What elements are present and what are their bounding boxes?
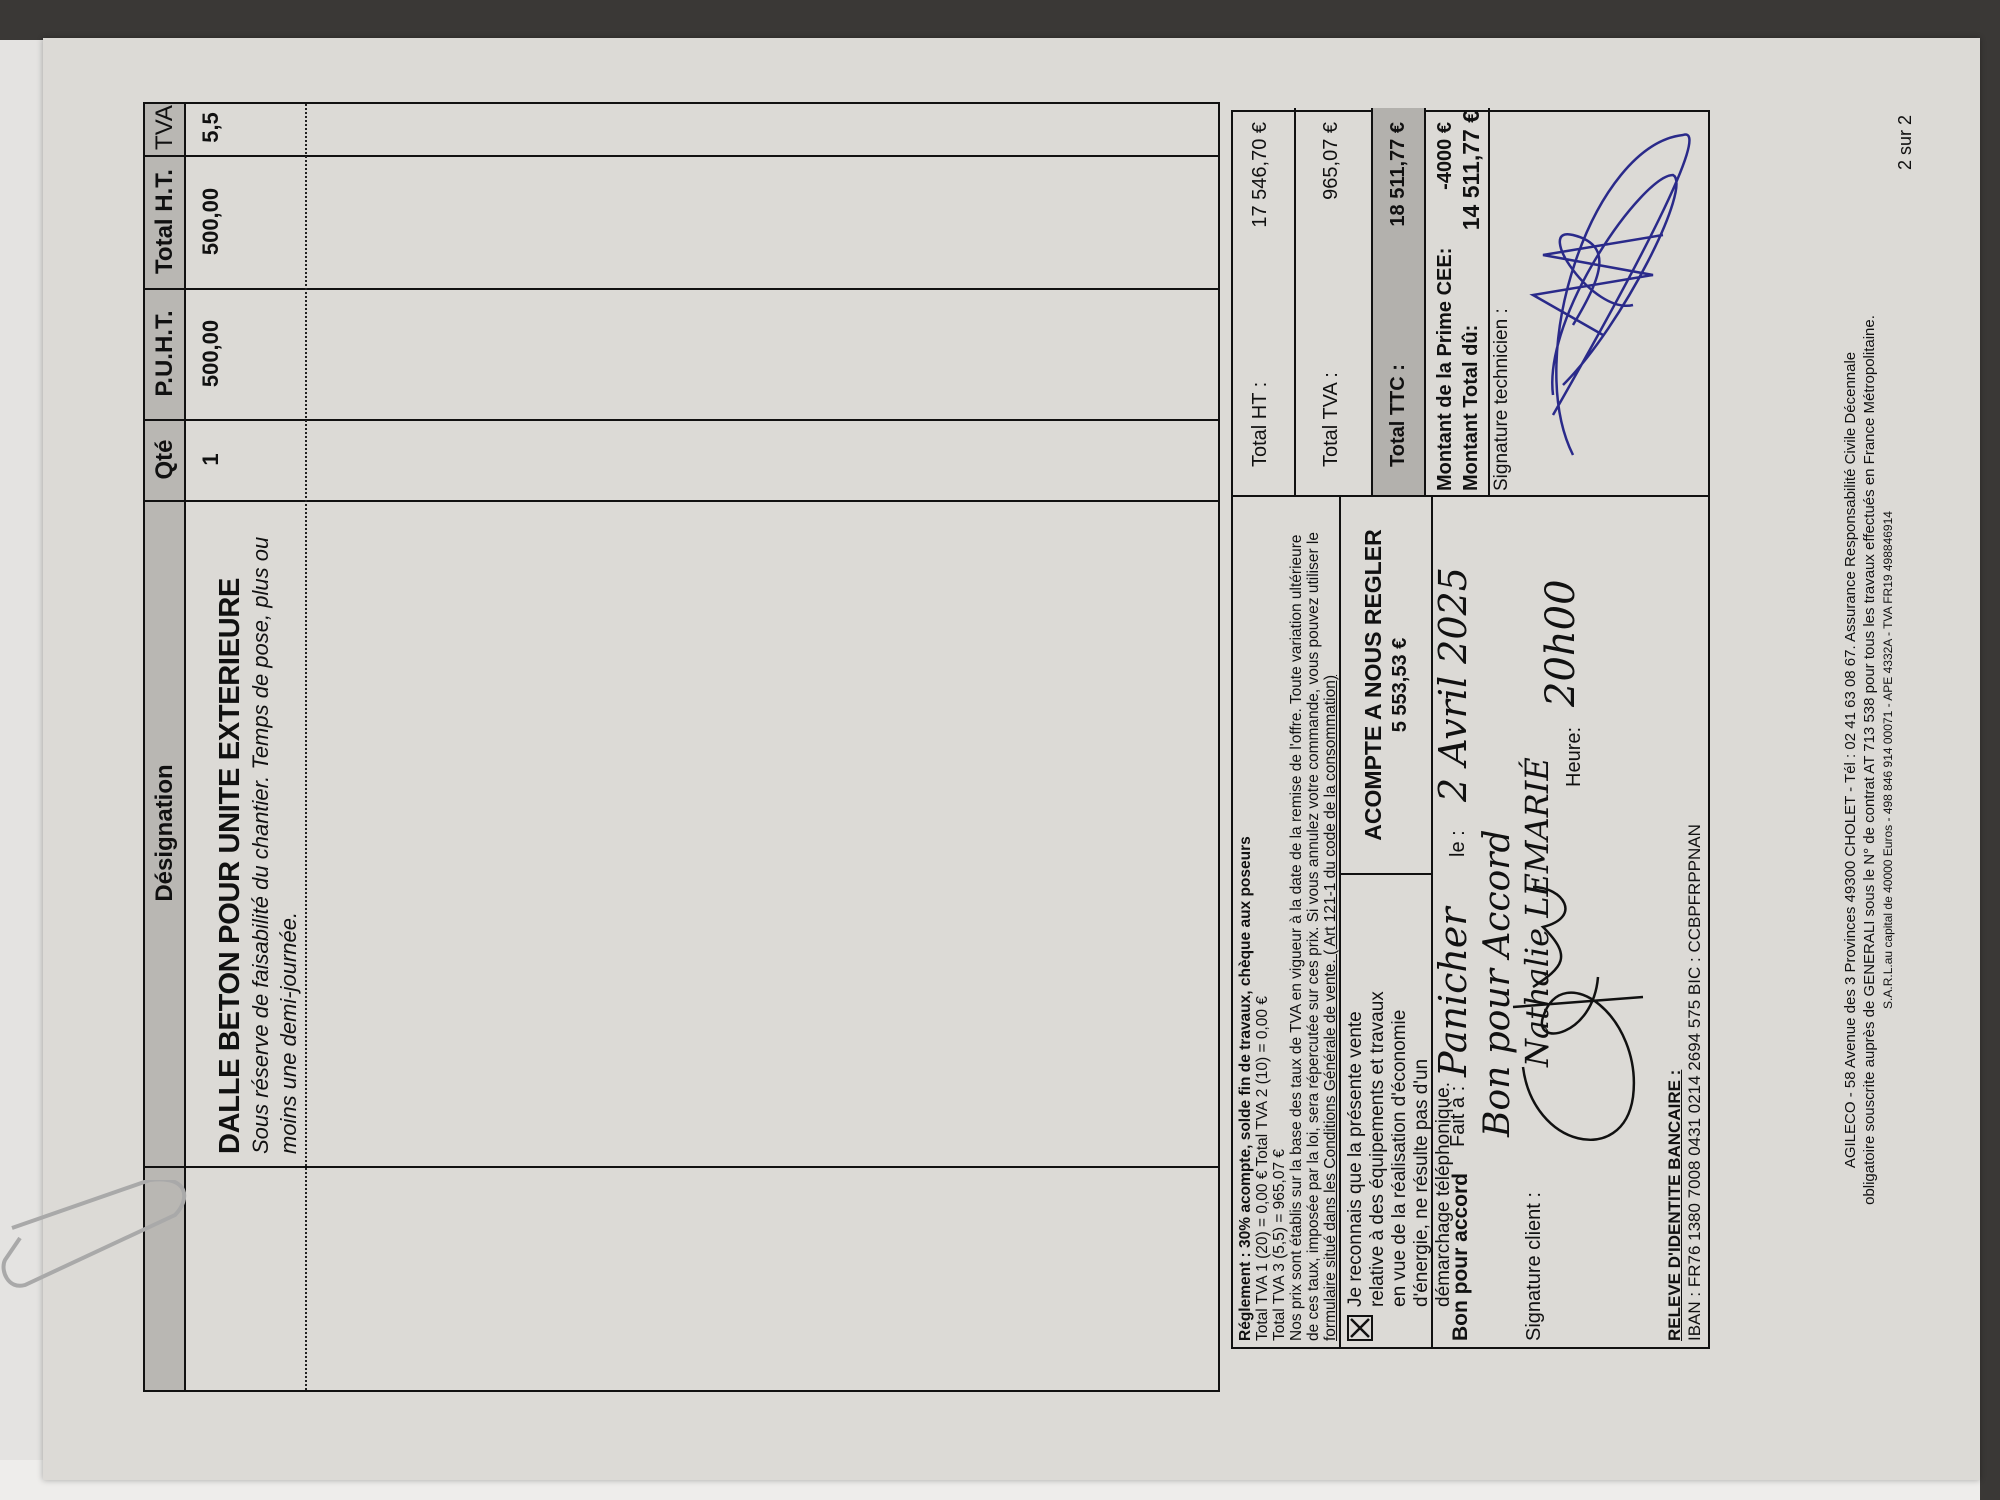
payment-note-line1: Nos prix sont établis sur la base des ta…: [1288, 501, 1305, 1341]
item-designation: DALLE BETON POUR UNITE EXTERIEURE Sous r…: [214, 514, 303, 1154]
footer-line2: obligatoire souscrite auprès de GENERALI…: [1860, 160, 1879, 1360]
item-unit-price: 500,00: [198, 288, 224, 419]
item-title: DALLE BETON POUR UNITE EXTERIEURE: [214, 514, 247, 1154]
summary-divider: [1233, 495, 1708, 497]
time-value[interactable]: 20h00: [1538, 579, 1584, 707]
header-total-ht: Total H.T.: [145, 155, 184, 288]
payment-vat-line2: Total TVA 3 (5,5) = 965,07 €: [1271, 501, 1288, 1341]
company-footer: AGILECO - 58 Avenue des 3 Provinces 4930…: [1841, 160, 1898, 1360]
header-designation: Désignation: [145, 500, 184, 1166]
deposit-box: ACOMPTE A NOUS REGLER 5 553,53 €: [1341, 497, 1431, 873]
total-ht-value: 17 546,70 €: [1249, 122, 1272, 228]
total-ttc-value: 18 511,77 €: [1387, 122, 1410, 227]
place-value[interactable]: Panicher: [1431, 907, 1475, 1077]
total-tva-label: Total TVA :: [1320, 372, 1343, 467]
date-value[interactable]: 2 Avril 2025: [1431, 567, 1475, 802]
deposit-label: ACOMPTE A NOUS REGLER: [1360, 529, 1387, 840]
check-cross-icon: [1349, 1317, 1371, 1339]
item-vat: 5,5: [198, 100, 224, 155]
payment-vat-line1: Total TVA 1 (20) = 0,00 € Total TVA 2 (1…: [1254, 501, 1271, 1341]
item-qty: 1: [198, 419, 224, 500]
technician-signature-icon[interactable]: [1513, 115, 1703, 475]
client-signature-icon[interactable]: [1503, 827, 1653, 1187]
deposit-amount: 5 553,53 €: [1389, 638, 1412, 733]
bank-title: RELEVE D'IDENTITE BANCAIRE :: [1665, 1070, 1685, 1341]
header-vat: TVA: [145, 100, 184, 155]
payment-terms: Réglement : 30% acompte, solde fin de tr…: [1237, 501, 1341, 1341]
bank-iban[interactable]: IBAN : FR76 1380 7008 0431 0214 2694 575…: [1685, 824, 1705, 1341]
header-qty: Qté: [145, 419, 184, 500]
total-ttc-label: Total TTC :: [1387, 364, 1410, 467]
total-ht-label: Total HT :: [1249, 382, 1272, 467]
payment-title: Réglement : 30% acompte, solde fin de tr…: [1237, 501, 1254, 1341]
prime-cee-row: Montant de la Prime CEE: -4000 € Montant…: [1426, 108, 1490, 495]
prime-cee-value: -4000 €: [1434, 122, 1457, 190]
time-label: Heure:: [1563, 727, 1586, 787]
table-row: DALLE BETON POUR UNITE EXTERIEURE Sous r…: [186, 104, 306, 1390]
place-label: Fait à :: [1447, 1086, 1470, 1147]
total-tva-row: Total TVA : 965,07 €: [1296, 108, 1373, 495]
total-ttc-row: Total TTC : 18 511,77 €: [1373, 108, 1426, 495]
date-label: le :: [1447, 830, 1470, 857]
client-signature-label: Signature client :: [1523, 1192, 1546, 1341]
footer-line1: AGILECO - 58 Avenue des 3 Provinces 4930…: [1841, 160, 1860, 1360]
total-ht-row: Total HT : 17 546,70 €: [1233, 108, 1296, 495]
acknowledgement-divider: [1339, 873, 1431, 875]
total-due-label: Montant Total dû:: [1460, 325, 1483, 491]
total-tva-value: 965,07 €: [1320, 122, 1343, 200]
paperclip-icon: [0, 1180, 200, 1300]
total-due-value: 14 511,77 €: [1458, 110, 1485, 230]
header-unit-price: P.U.H.T.: [145, 288, 184, 419]
payment-note-line2: de ces taux, imposée par la loi, sera ré…: [1305, 501, 1322, 1341]
prime-cee-label: Montant de la Prime CEE:: [1434, 248, 1457, 491]
footer-line3: S.A.R.L.au capital de 40000 Euros - 498 …: [1879, 160, 1898, 1360]
totals-area: Total HT : 17 546,70 € Total TVA : 965,0…: [1233, 108, 1712, 495]
acknowledgement-checkbox[interactable]: [1347, 1315, 1373, 1341]
items-table: Désignation Qté P.U.H.T. Total H.T. TVA …: [143, 102, 1220, 1392]
agreement-title: Bon pour accord: [1449, 1173, 1473, 1341]
page-number: 2 sur 2: [1895, 115, 1916, 170]
item-description: Sous réserve de faisabilité du chantier.…: [247, 514, 303, 1154]
quote-page: Désignation Qté P.U.H.T. Total H.T. TVA …: [43, 38, 1980, 1480]
summary-block: Réglement : 30% acompte, solde fin de tr…: [1231, 110, 1710, 1349]
payment-note-line3: formulaire situé dans les Conditions Gén…: [1322, 501, 1339, 1341]
technician-signature-label: Signature technicien :: [1491, 308, 1513, 491]
item-total-ht: 500,00: [198, 155, 224, 288]
